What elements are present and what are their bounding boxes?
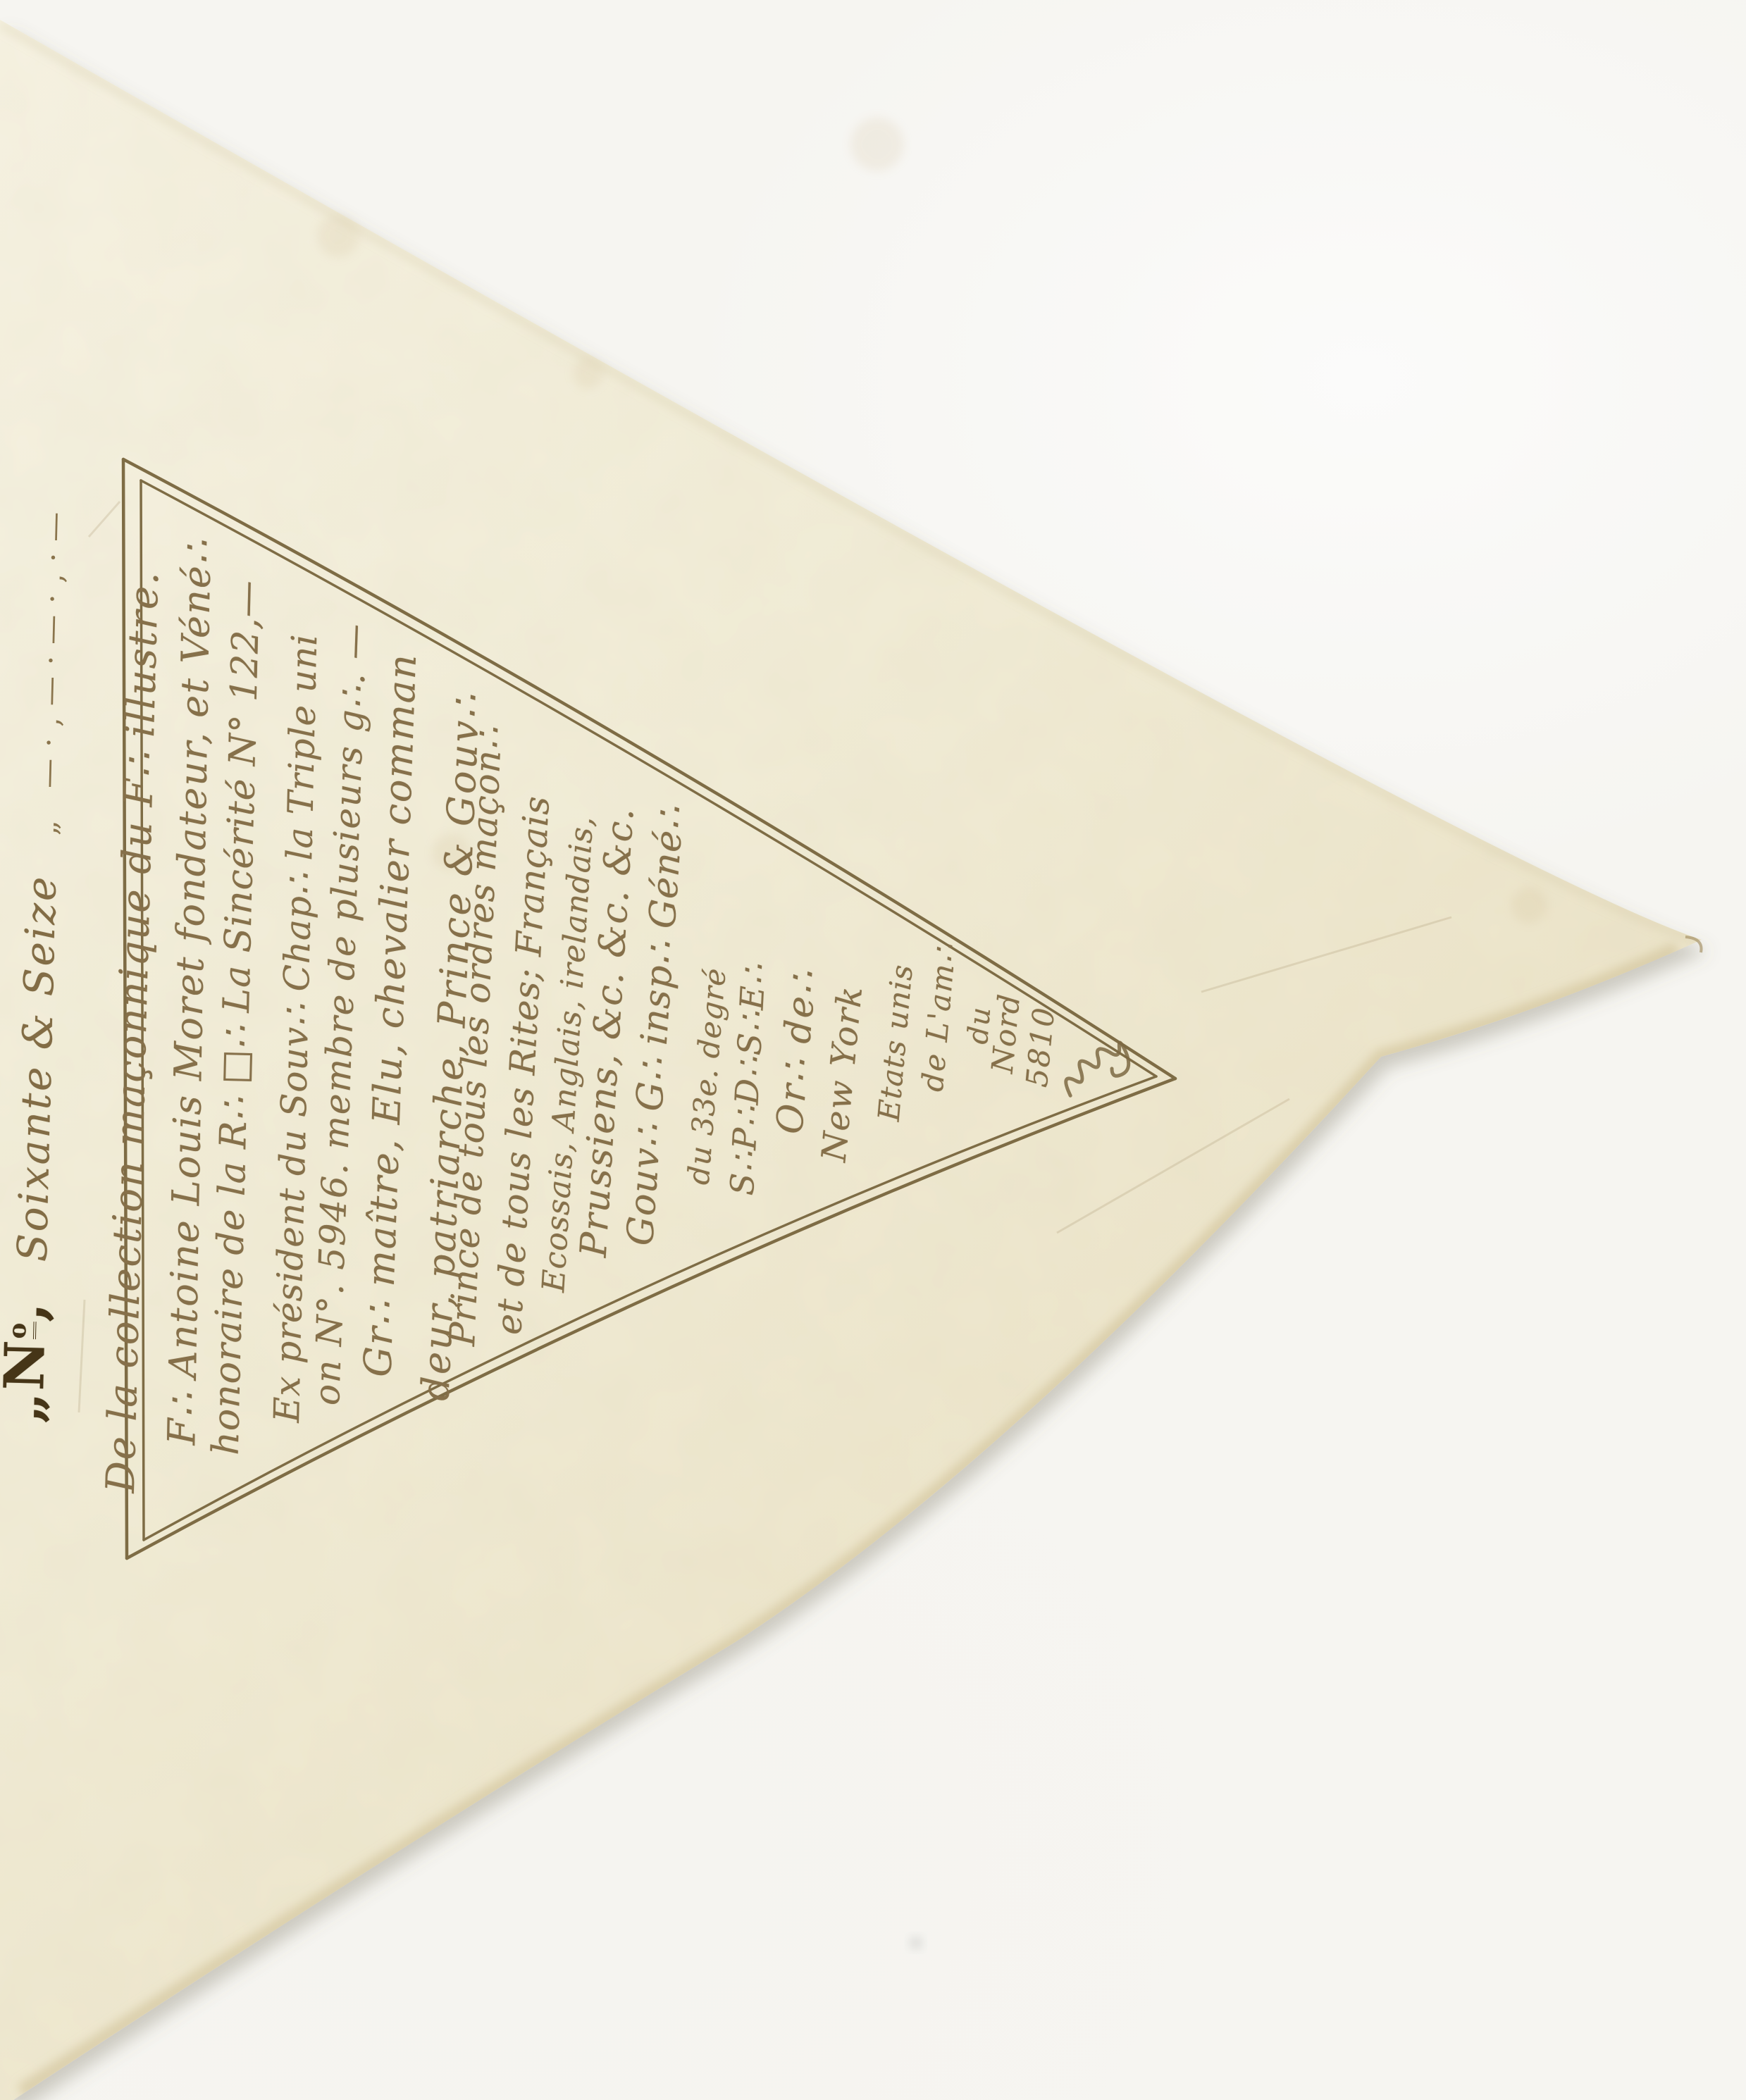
flourish-dashes: „ —·,—·—·,·— [29, 500, 72, 835]
number-title: Soixante & Seize [8, 874, 66, 1262]
number-label: „No, [0, 1300, 58, 1424]
parchment-sheet [0, 0, 1746, 2100]
ordinal-mark: o [4, 1321, 37, 1339]
photographed-document-page: „No, Soixante & Seize „ —·,—·—·,·— De la… [0, 0, 1746, 2100]
photo-speck [910, 1937, 922, 1949]
vellum-texture [0, 0, 1746, 2100]
